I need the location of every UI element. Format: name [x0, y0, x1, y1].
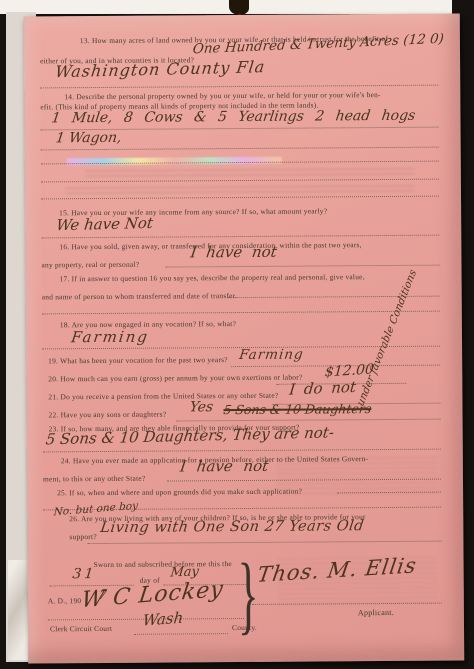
scanner-edge-top: [0, 0, 452, 14]
answer-22-yes: Yes: [189, 399, 215, 415]
rule-line: [87, 540, 441, 544]
rule-line: [41, 178, 439, 183]
rule-line: [165, 264, 439, 268]
sworn-month-value: May: [170, 564, 200, 580]
rule-line: [41, 146, 439, 151]
rule-line: [43, 448, 441, 453]
question-19: 19. What has been your vocation for the …: [48, 355, 228, 365]
sworn-ad-label: A. D., 190: [48, 596, 82, 605]
answer-22-struck: 5 Sons & 10 Daughters: [223, 401, 373, 417]
scanned-document: 13. How many acres of land owned by you …: [0, 0, 474, 669]
question-22: 22. Have you any sons or daughters?: [48, 410, 166, 420]
sworn-day-value: 31: [72, 566, 97, 582]
answer-14-livestock: 1 Mule, 8 Cows & 5 Yearlings 2 head hogs: [51, 108, 417, 127]
clerk-title: Clerk Circuit Court: [50, 624, 112, 633]
rule-line: [40, 84, 438, 89]
ink-bleedthrough: [277, 454, 437, 495]
rule-line: [134, 632, 228, 635]
rule-line: [42, 310, 440, 315]
rule-line: [177, 418, 441, 422]
question-14-line1: 14. Describe the personal property owned…: [64, 90, 381, 101]
answer-24: I have not: [179, 457, 270, 476]
clerk-county-value: Wash: [142, 608, 184, 629]
question-20: 20. How much can you earn (gross) per an…: [48, 373, 302, 384]
question-26-line2: support?: [69, 532, 97, 541]
signature-brace: }: [237, 551, 258, 637]
rule-line: [41, 195, 439, 200]
question-16-line2: any property, real or personal?: [41, 260, 139, 270]
applicant-label: Applicant.: [358, 608, 394, 617]
answer-21: I do not: [288, 378, 357, 399]
answer-19: Farming: [238, 347, 305, 363]
answer-15: We have Not: [55, 214, 154, 234]
margin-note-diagonal: under favorable Conditions: [355, 207, 443, 408]
question-25: 25. If so, when and where and upon groun…: [57, 487, 302, 498]
question-24-line2: ment, to this or any other State?: [43, 474, 146, 484]
sworn-statement: Sworn to and subscribed before me this t…: [94, 559, 232, 569]
ink-bleedthrough: [278, 554, 438, 605]
answer-13-county: Washington County Fla: [54, 57, 266, 81]
answer-16: I have not: [189, 243, 278, 262]
question-17-line2: and name of person to whom transferred a…: [42, 291, 237, 301]
rule-line: [41, 234, 439, 239]
form-page: 13. How many acres of land owned by you …: [24, 13, 465, 663]
ink-bleedthrough: [65, 184, 415, 194]
question-21: 21. Do you receive a pension from the Un…: [48, 391, 278, 402]
question-17-line1: 17. If in answer to question 16 you say …: [60, 272, 365, 283]
answer-14-wagon: 1 Wagon,: [55, 130, 123, 146]
clerk-signature: W C Lockey: [80, 577, 225, 613]
answer-26: Living with One Son 27 Years Old: [99, 518, 365, 536]
ink-bleedthrough: [85, 166, 415, 177]
answer-18: Farming: [70, 328, 150, 347]
